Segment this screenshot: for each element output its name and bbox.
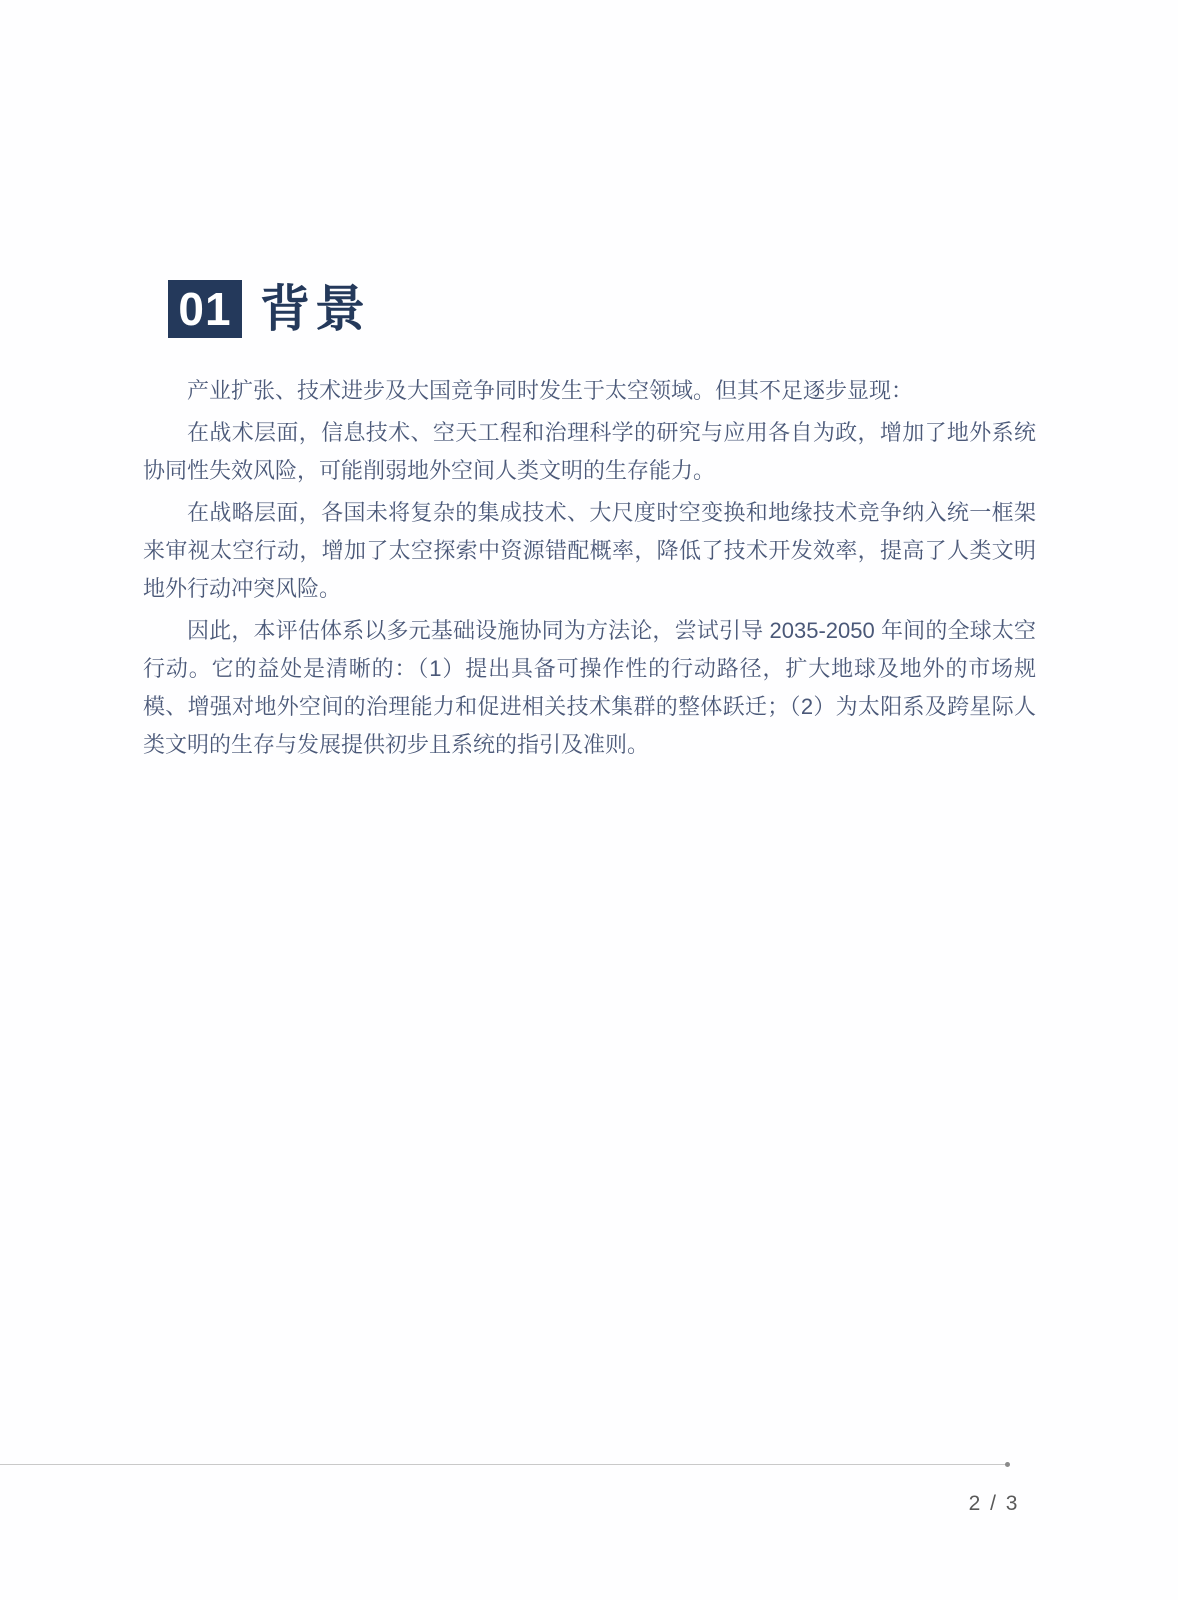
footer-divider [0, 1464, 1008, 1465]
section-title: 背景 [260, 280, 370, 338]
body-paragraph: 在战术层面，信息技术、空天工程和治理科学的研究与应用各自为政，增加了地外系统协同… [143, 414, 1036, 490]
document-page: 01 背景 产业扩张、技术进步及大国竞争同时发生于太空领域。但其不足逐步显现： … [0, 0, 1178, 1600]
body-paragraph: 因此，本评估体系以多元基础设施协同为方法论，尝试引导 2035-2050 年间的… [143, 612, 1036, 764]
page-number: 2 / 3 [963, 1492, 1025, 1516]
body-text-block: 产业扩张、技术进步及大国竞争同时发生于太空领域。但其不足逐步显现： 在战术层面，… [143, 372, 1036, 768]
body-paragraph: 产业扩张、技术进步及大国竞争同时发生于太空领域。但其不足逐步显现： [143, 372, 1036, 410]
section-header: 01 背景 [168, 280, 370, 338]
section-number-badge: 01 [168, 280, 242, 338]
divider-endpoint-dot [1005, 1462, 1010, 1467]
body-paragraph: 在战略层面，各国未将复杂的集成技术、大尺度时空变换和地缘技术竞争纳入统一框架来审… [143, 494, 1036, 608]
